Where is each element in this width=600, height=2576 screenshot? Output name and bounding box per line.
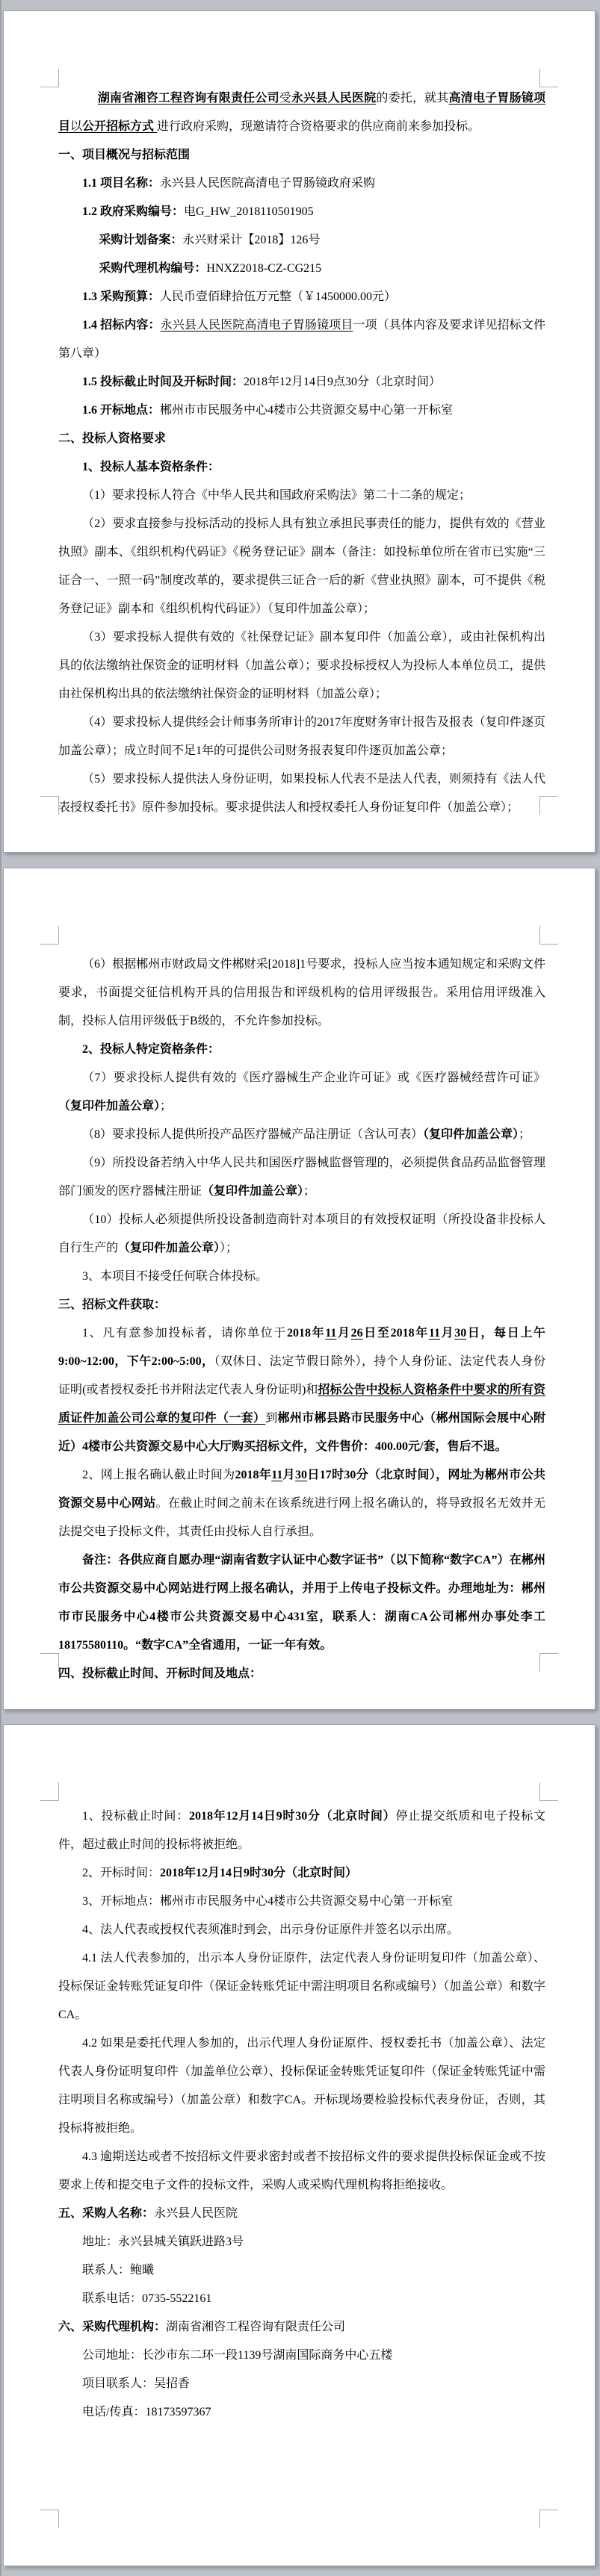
paragraph: 电话/传真：18173597367	[58, 2398, 545, 2427]
paragraph: 1.6 开标地点：郴州市市民服务中心4楼市公共资源交易中心第一开标室	[58, 396, 545, 425]
text-run: （复印件加盖公章）	[202, 1185, 303, 1198]
text-run: 备注：各供应商自愿办理“湖南省数字认证中心数字证书”（以下简称“数字CA”）在郴…	[58, 1554, 545, 1652]
text-run: 11	[271, 1469, 282, 1481]
paragraph: 2、投标人特定资格条件：	[58, 1036, 545, 1064]
margin-crop-mark-bottom-right	[539, 2510, 558, 2528]
text-run: 30	[295, 1469, 307, 1481]
document-page-1[interactable]: 湖南省湘咨工程咨询有限责任公司受永兴县人民医院的委托，就其高清电子胃肠镜项目以公…	[3, 10, 596, 853]
text-run: 郴州市市民服务中心4楼市公共资源交易中心第一开标室	[160, 404, 453, 417]
text-run: 2018年12月14日9时30分（北京时间）	[160, 1867, 357, 1879]
text-run: 公开招标方式	[82, 120, 157, 133]
text-run: 月	[282, 1469, 295, 1481]
text-run: 4.2 如果是委托代理人参加的，出示代理人身份证原件、授权委托书（加盖公章）、法…	[58, 2037, 545, 2135]
paragraph: 六、采购代理机构：湖南省湘咨工程咨询有限责任公司	[58, 2313, 545, 2342]
paragraph: 公司地址：长沙市东二环一段1139号湖南国际商务中心五楼	[58, 2342, 545, 2370]
margin-crop-mark-bottom-left	[40, 2510, 59, 2528]
text-run: 永兴财采计【2018】126号	[182, 234, 320, 246]
text-run: 1.4 招标内容：	[82, 319, 161, 332]
text-run: 湖南省湘咨工程咨询有限责任公司	[166, 2321, 345, 2333]
paragraph: 联系电话：0735-5522161	[58, 2285, 545, 2313]
text-run: 1.5 投标截止时间及开标时间：	[82, 376, 244, 388]
text-run: （1）要求投标人符合《中华人民共和国政府采购法》第二十二条的规定；	[82, 489, 471, 502]
text-run: 1.3 采购预算：	[82, 290, 160, 303]
text-run: （复印件加盖公章）	[423, 1128, 519, 1141]
margin-crop-mark-bottom-left	[40, 796, 59, 815]
text-run: 3、开标地点：郴州市市民服务中心4楼市公共资源交易中心第一开标室	[82, 1895, 453, 1908]
text-run: 4.1 法人代表参加的，出示本人身份证原件，法定代表人身份证明复印件（加盖公章）…	[58, 1952, 545, 2021]
text-run: 2、网上报名确认截止时间为	[82, 1469, 235, 1481]
text-run: HNXZ2018-CZ-CG215	[206, 262, 321, 275]
paragraph: 联系人：鲍曦	[58, 2256, 545, 2285]
paragraph: （9）所投设备若纳入中华人民共和国医疗器械监督管理的，必须提供食品药品监督管理部…	[58, 1149, 545, 1206]
text-run: 30	[454, 1327, 466, 1340]
text-run: 2018年	[391, 1327, 429, 1340]
text-run: 公司地址：长沙市东二环一段1139号湖南国际商务中心五楼	[82, 2349, 392, 2362]
paragraph: 3、开标地点：郴州市市民服务中心4楼市公共资源交易中心第一开标室	[58, 1888, 545, 1916]
paragraph: 1.5 投标截止时间及开标时间：2018年12月14日9点30分（北京时间）	[58, 368, 545, 396]
paragraph: 二、投标人资格要求	[58, 425, 545, 453]
paragraph: （6）根据郴州市财政局文件郴财采[2018]1号要求，投标人应当按本通知规定和采…	[58, 951, 545, 1036]
text-run: 1.2 政府采购编号：	[82, 205, 184, 218]
paragraph: 1.1 项目名称：永兴县人民医院高清电子胃肠镜政府采购	[58, 169, 545, 198]
text-run: 二、投标人资格要求	[58, 432, 166, 445]
paragraph: 2、网上报名确认截止时间为2018年11月30日17时30分（北京时间），网址为…	[58, 1461, 545, 1546]
margin-crop-mark-top-left	[40, 926, 59, 945]
text-run: 4、法人代表或授权代表须准时到会，出示身份证原件并签名以示出席。	[82, 1923, 459, 1936]
text-run: 2、投标人特定资格条件：	[82, 1043, 220, 1056]
text-run: ，	[436, 1469, 448, 1481]
text-run: （4）要求投标人提供经会计师事务所审计的2017年度财务审计报告及报表（复印件逐…	[58, 716, 545, 757]
text-run: 11	[325, 1327, 336, 1340]
paragraph: 1、投标截止时间：2018年12月14日9时30分（北京时间）停止提交纸质和电子…	[58, 1802, 545, 1859]
paragraph: （3）要求投标人提供有效的《社保登记证》副本复印件（加盖公章），或由社保机构出具…	[58, 623, 545, 709]
paragraph: 4.2 如果是委托代理人参加的，出示代理人身份证原件、授权委托书（加盖公章）、法…	[58, 2029, 545, 2143]
text-run: ；	[519, 1128, 531, 1141]
text-run: 六、采购代理机构：	[58, 2321, 166, 2333]
paragraph: 1.2 政府采购编号：电G_HW_2018110501905	[58, 198, 545, 226]
text-run: （复印件加盖公章）	[118, 1242, 220, 1254]
text-run: （5）要求投标人提供法人身份证明，如果投标人代表不是法人代表，则须持有《法人代表…	[58, 773, 545, 814]
paragraph: 1、投标人基本资格条件：	[58, 453, 545, 482]
text-run: 2、开标时间：	[82, 1867, 160, 1879]
viewer-left-edge	[0, 0, 1, 2576]
text-run: 月	[440, 1327, 454, 1340]
paragraph: 项目联系人：吴招香	[58, 2370, 545, 2398]
text-run: ）；	[220, 1242, 238, 1254]
paragraph: 湖南省湘咨工程咨询有限责任公司受永兴县人民医院的委托，就其高清电子胃肠镜项目以公…	[58, 84, 545, 141]
paragraph: 1.3 采购预算：人民币壹佰肆拾伍万元整（￥1450000.00元）	[58, 283, 545, 311]
text-run: 月	[336, 1327, 350, 1340]
text-run: 1、投标截止时间：	[82, 1810, 189, 1823]
text-run: 电G_HW_2018110501905	[184, 205, 314, 218]
text-run: 联系人：鲍曦	[82, 2264, 154, 2277]
text-run: （2）要求直接参与投标活动的投标人具有独立承担民事责任的能力，提供有效的《营业执…	[58, 517, 545, 615]
text-run: 四、投标截止时间、开标时间及地点：	[58, 1667, 262, 1680]
document-page-3[interactable]: 1、投标截止时间：2018年12月14日9时30分（北京时间）停止提交纸质和电子…	[3, 1724, 596, 2566]
text-run: 2018年	[235, 1469, 272, 1481]
text-run: （复印件加盖公章）	[58, 1100, 160, 1113]
paragraph: 4.1 法人代表参加的，出示本人身份证原件，法定代表人身份证明复印件（加盖公章）…	[58, 1944, 545, 2029]
text-run: 日至	[363, 1327, 391, 1340]
text-run: 到	[265, 1412, 277, 1425]
text-run: 三、招标文件获取：	[58, 1298, 166, 1311]
paragraph: 一、项目概况与招标范围	[58, 141, 545, 169]
text-run: 联系电话：0735-5522161	[82, 2292, 211, 2305]
text-run: ；	[303, 1185, 315, 1198]
text-run: 永兴县人民医院	[154, 2207, 238, 2220]
text-run: 1.1 项目名称：	[82, 177, 160, 190]
paragraph: （7）要求投标人提供有效的《医疗器械生产企业许可证》或《医疗器械经营许可证》（复…	[58, 1064, 545, 1121]
text-run: 永兴县人民医院	[291, 92, 376, 105]
text-run: 3、本项目不接受任何联合体投标。	[82, 1270, 267, 1283]
paragraph: 五、采购人名称：永兴县人民医院	[58, 2200, 545, 2228]
text-run: 11	[429, 1327, 440, 1340]
paragraph: 备注：各供应商自愿办理“湖南省数字认证中心数字证书”（以下简称“数字CA”）在郴…	[58, 1546, 545, 1660]
paragraph: 四、投标截止时间、开标时间及地点：	[58, 1660, 545, 1688]
paragraph: （1）要求投标人符合《中华人民共和国政府采购法》第二十二条的规定；	[58, 482, 545, 510]
text-run: 采购计划备案：	[99, 234, 182, 246]
text-run: （3）要求投标人提供有效的《社保登记证》副本复印件（加盖公章），或由社保机构出具…	[58, 631, 545, 700]
text-run: 永兴县人民医院高清电子胃肠镜项目	[161, 319, 353, 332]
paragraph: 4、法人代表或授权代表须准时到会，出示身份证原件并签名以示出席。	[58, 1916, 545, 1944]
page-text-area[interactable]: 1、投标截止时间：2018年12月14日9时30分（北京时间）停止提交纸质和电子…	[58, 1725, 545, 2427]
text-run: 电话/传真：18173597367	[82, 2406, 211, 2418]
page-text-area[interactable]: 湖南省湘咨工程咨询有限责任公司受永兴县人民医院的委托，就其高清电子胃肠镜项目以公…	[58, 11, 545, 822]
text-run: 受	[279, 92, 291, 105]
paragraph: 4.3 逾期送达或者不按招标文件要求密封或者不按招标文件的要求提供投标保证金或不…	[58, 2143, 545, 2200]
text-run: 以	[70, 120, 82, 133]
text-run: 26	[351, 1327, 363, 1340]
page-text-area[interactable]: （6）根据郴州市财政局文件郴财采[2018]1号要求，投标人应当按本通知规定和采…	[58, 868, 545, 1688]
text-run: 永兴县人民医院高清电子胃肠镜政府采购	[160, 177, 375, 190]
paragraph: （4）要求投标人提供经会计师事务所审计的2017年度财务审计报告及报表（复印件逐…	[58, 709, 545, 765]
paragraph: 1、凡有意参加投标者，请你单位于2018年11月26日至2018年11月30日，…	[58, 1319, 545, 1461]
document-page-2[interactable]: （6）根据郴州市财政局文件郴财采[2018]1号要求，投标人应当按本通知规定和采…	[3, 868, 596, 1710]
text-run: ；	[160, 1100, 172, 1113]
text-run: 2018年12月14日9点30分（北京时间）	[244, 376, 441, 388]
text-run: 2018年12月14日9时30分（北京时间）	[189, 1810, 395, 1823]
text-run: 1、投标人基本资格条件：	[82, 461, 220, 473]
paragraph: 1.4 招标内容：永兴县人民医院高清电子胃肠镜项目一项（具体内容及要求详见招标文…	[58, 311, 545, 368]
text-run: 一、项目概况与招标范围	[58, 149, 190, 161]
text-run: （7）要求投标人提供有效的《医疗器械生产企业许可证》或《医疗器械经营许可证》	[82, 1071, 545, 1084]
margin-crop-mark-top-left	[40, 1782, 59, 1801]
text-run: （6）根据郴州市财政局文件郴财采[2018]1号要求，投标人应当按本通知规定和采…	[58, 958, 545, 1027]
text-run: 的委托，就其	[376, 92, 448, 105]
text-run: 2018年	[287, 1327, 325, 1340]
text-run: 1.6 开标地点：	[82, 404, 160, 417]
text-run: 采购代理机构编号：	[99, 262, 206, 275]
margin-crop-mark-top-left	[40, 69, 59, 87]
text-run: 地址：永兴县城关镇跃进路3号	[82, 2236, 244, 2248]
paragraph: 地址：永兴县城关镇跃进路3号	[58, 2228, 545, 2256]
text-run: 日17时30分（北京时间）	[307, 1469, 436, 1481]
document-viewer-canvas: { "colors":{ "canvas_background":"#bcc0c…	[0, 0, 600, 2576]
paragraph: （8）要求投标人提供所投产品医疗器械产品注册证（含认可表）（复印件加盖公章）；	[58, 1121, 545, 1149]
text-run: 人民币壹佰肆拾伍万元整（￥1450000.00元）	[160, 290, 396, 303]
paragraph: （5）要求投标人提供法人身份证明，如果投标人代表不是法人代表，则须持有《法人代表…	[58, 765, 545, 822]
paragraph: 采购代理机构编号：HNXZ2018-CZ-CG215	[58, 255, 545, 283]
text-run: 进行政府采购，现邀请符合资格要求的供应商前来参加投标。	[157, 120, 480, 133]
paragraph: 三、招标文件获取：	[58, 1291, 545, 1319]
paragraph: 3、本项目不接受任何联合体投标。	[58, 1263, 545, 1291]
text-run: 4.3 逾期送达或者不按招标文件要求密封或者不按招标文件的要求提供投标保证金或不…	[58, 2150, 545, 2191]
paragraph: （2）要求直接参与投标活动的投标人具有独立承担民事责任的能力，提供有效的《营业执…	[58, 510, 545, 623]
text-run: 1、凡有意参加投标者，请你单位于	[82, 1327, 287, 1340]
text-run: 项目联系人：吴招香	[82, 2377, 190, 2390]
text-run: 五、采购人名称：	[58, 2207, 154, 2220]
paragraph: （10）投标人必须提供所投设备制造商针对本项目的有效授权证明（所投设备非投标人自…	[58, 1206, 545, 1263]
text-run: 日	[466, 1327, 480, 1340]
text-run: 湖南省湘咨工程咨询有限责任公司	[98, 92, 279, 105]
paragraph: 2、开标时间：2018年12月14日9时30分（北京时间）	[58, 1859, 545, 1888]
text-run: （8）要求投标人提供所投产品医疗器械产品注册证（含认可表）	[82, 1128, 423, 1141]
paragraph: 采购计划备案：永兴财采计【2018】126号	[58, 226, 545, 255]
margin-crop-mark-bottom-left	[40, 1653, 59, 1672]
